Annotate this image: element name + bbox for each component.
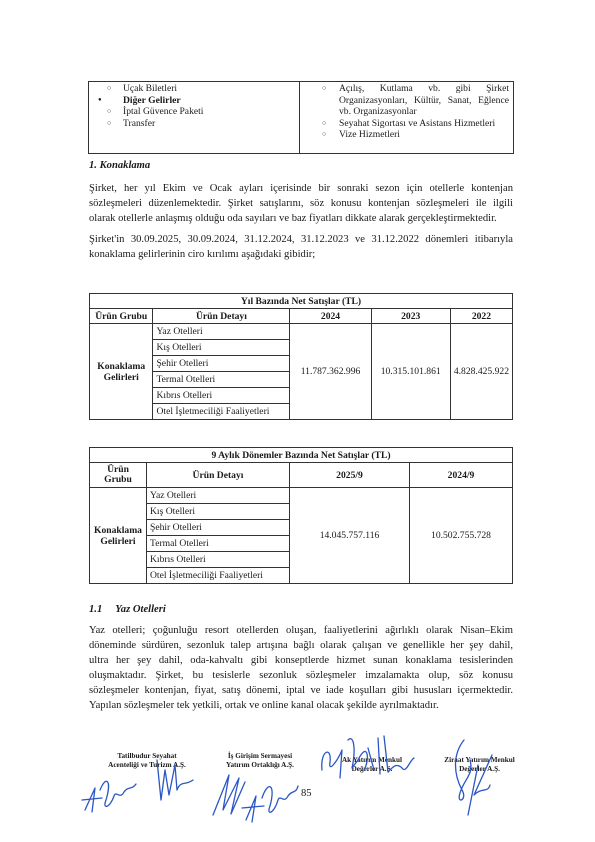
paragraph-line: Yapılan sözleşmeler tek yetkili, ortak v… — [89, 698, 513, 713]
column-header: 2024/9 — [410, 463, 513, 488]
value-cell: 10.315.101.861 — [371, 324, 450, 420]
column-header: Ürün Grubu — [90, 463, 147, 488]
product-detail-cell: Kıbrıs Otelleri — [153, 388, 290, 404]
product-group-cell: Konaklama Gelirleri — [90, 488, 147, 584]
paragraph-line: Şirket'in 30.09.2025, 30.09.2024, 31.12.… — [89, 232, 513, 247]
value-cell: 14.045.757.116 — [290, 488, 410, 584]
paragraph: Şirket'in 30.09.2025, 30.09.2024, 31.12.… — [89, 232, 513, 262]
column-header: 2023 — [371, 309, 450, 324]
paragraph-line: oluşmaktadır. Şirket, bu tesislerle sezo… — [89, 668, 513, 683]
signature-icon — [145, 750, 195, 810]
document-page: Uçak Biletleri Diğer Gelirler İptal Güve… — [0, 0, 595, 842]
signatory-name: İş Girişim Sermayesi — [210, 752, 310, 761]
list-item: Açılış, Kutlama vb. gibi Şirket Organiza… — [300, 83, 513, 118]
column-header: Ürün Grubu — [90, 309, 153, 324]
section-heading: 1.1 Yaz Otelleri — [89, 604, 166, 615]
list-item: Vize Hizmetleri — [300, 129, 513, 141]
value-cell: 11.787.362.996 — [290, 324, 371, 420]
revenue-items-list-box: Uçak Biletleri Diğer Gelirler İptal Güve… — [88, 81, 514, 154]
product-detail-cell: Kış Otelleri — [147, 504, 290, 520]
paragraph-line: döneminde sürdüren, sezonluk talep artış… — [89, 638, 513, 653]
list-item: Seyahat Sigortası ve Asistans Hizmetleri — [300, 118, 513, 130]
paragraph-line: Şirket, her yıl Ekim ve Ocak ayları içer… — [89, 181, 513, 196]
table-title: Yıl Bazında Net Satışlar (TL) — [90, 294, 513, 309]
product-detail-cell: Kış Otelleri — [153, 340, 290, 356]
table-title: 9 Aylık Dönemler Bazında Net Satışlar (T… — [90, 448, 513, 463]
page-number: 85 — [301, 788, 312, 799]
column-header: 2024 — [290, 309, 371, 324]
list-item: Transfer — [89, 118, 299, 130]
product-detail-cell: Kıbrıs Otelleri — [147, 552, 290, 568]
paragraph: Yaz otelleri; çoğunluğu resort otellerde… — [89, 623, 513, 713]
column-header: 2025/9 — [290, 463, 410, 488]
column-header: 2022 — [450, 309, 512, 324]
list-item: Uçak Biletleri — [89, 83, 299, 95]
paragraph-line: ultra her şey dahil, oda-kahvaltı gibi k… — [89, 653, 513, 668]
paragraph: Şirket, her yıl Ekim ve Ocak ayları içer… — [89, 181, 513, 226]
paragraph-line: sözleşmeler kontenjan, fiyat, satış döne… — [89, 683, 513, 698]
product-detail-cell: Şehir Otelleri — [153, 356, 290, 372]
annual-sales-table: Yıl Bazında Net Satışlar (TL) Ürün Grubu… — [89, 293, 513, 420]
signature-icon — [80, 770, 140, 820]
paragraph-line: sözleşmeleri düzenlemektedir. Şirket sat… — [89, 196, 513, 211]
list-item: İptal Güvence Paketi — [89, 106, 299, 118]
product-detail-cell: Termal Otelleri — [147, 536, 290, 552]
paragraph-line: olarak otellerle anlaşmış olduğu oda say… — [89, 211, 513, 226]
nine-month-sales-table: 9 Aylık Dönemler Bazında Net Satışlar (T… — [89, 447, 513, 584]
signatory-name: Yatırım Ortaklığı A.Ş. — [210, 761, 310, 770]
signature-icon — [318, 730, 418, 780]
product-detail-cell: Otel İşletmeciliği Faaliyetleri — [153, 404, 290, 420]
column-header: Ürün Detayı — [147, 463, 290, 488]
value-cell: 4.828.425.922 — [450, 324, 512, 420]
paragraph-line: konaklama gelirlerinin ciro kırılımı aşa… — [89, 247, 513, 262]
product-detail-cell: Yaz Otelleri — [147, 488, 290, 504]
section-heading: 1. Konaklama — [89, 160, 150, 171]
product-detail-cell: Yaz Otelleri — [153, 324, 290, 340]
product-detail-cell: Otel İşletmeciliği Faaliyetleri — [147, 568, 290, 584]
signature-icon — [448, 735, 508, 825]
paragraph-line: Yaz otelleri; çoğunluğu resort otellerde… — [89, 623, 513, 638]
product-group-cell: Konaklama Gelirleri — [90, 324, 153, 420]
column-header: Ürün Detayı — [153, 309, 290, 324]
signature-icon — [240, 770, 300, 825]
list-column-left: Uçak Biletleri Diğer Gelirler İptal Güve… — [89, 82, 300, 153]
signatory-label: İş Girişim Sermayesi Yatırım Ortaklığı A… — [210, 752, 310, 770]
product-detail-cell: Şehir Otelleri — [147, 520, 290, 536]
list-item-main: Diğer Gelirler — [89, 95, 299, 107]
list-column-right: Açılış, Kutlama vb. gibi Şirket Organiza… — [300, 82, 513, 153]
value-cell: 10.502.755.728 — [410, 488, 513, 584]
product-detail-cell: Termal Otelleri — [153, 372, 290, 388]
